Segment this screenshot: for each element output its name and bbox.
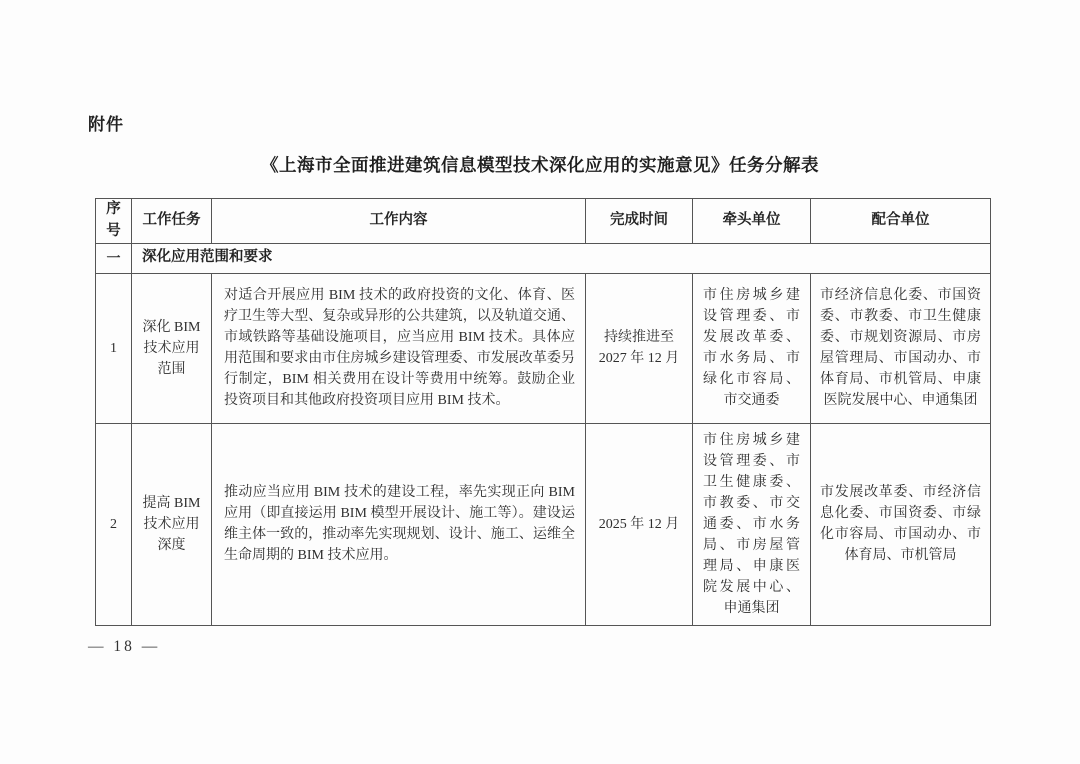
attachment-label: 附件 xyxy=(88,110,124,135)
row-content: 推动应当应用 BIM 技术的建设工程，率先实现正向 BIM 应用（即直接运用 B… xyxy=(212,423,586,625)
header-index: 序号 xyxy=(96,199,132,244)
task-breakdown-table: 序号 工作任务 工作内容 完成时间 牵头单位 配合单位 一 深化应用范围和要求 … xyxy=(95,198,991,626)
row-support-unit: 市发展改革委、市经济信息化委、市国资委、市绿化市容局、市国动办、市体育局、市机管… xyxy=(811,423,991,625)
header-task: 工作任务 xyxy=(132,199,212,244)
row-content: 对适合开展应用 BIM 技术的政府投资的文化、体育、医疗卫生等大型、复杂或异形的… xyxy=(212,273,586,423)
document-title: 《上海市全面推进建筑信息模型技术深化应用的实施意见》任务分解表 xyxy=(0,152,1080,177)
row-index: 2 xyxy=(96,423,132,625)
section-row: 一 深化应用范围和要求 xyxy=(96,243,991,273)
table-row: 1 深化 BIM 技术应用范围 对适合开展应用 BIM 技术的政府投资的文化、体… xyxy=(96,273,991,423)
row-index: 1 xyxy=(96,273,132,423)
section-title: 深化应用范围和要求 xyxy=(132,243,991,273)
row-deadline: 持续推进至 2027 年 12 月 xyxy=(586,273,693,423)
row-lead-unit: 市住房城乡建设管理委、市发展改革委、市水务局、市绿化市容局、市交通委 xyxy=(693,273,811,423)
row-task: 提高 BIM 技术应用深度 xyxy=(132,423,212,625)
row-support-unit: 市经济信息化委、市国资委、市教委、市卫生健康委、市规划资源局、市房屋管理局、市国… xyxy=(811,273,991,423)
document-page: 附件 《上海市全面推进建筑信息模型技术深化应用的实施意见》任务分解表 序号 工作… xyxy=(0,0,1080,764)
header-deadline: 完成时间 xyxy=(586,199,693,244)
row-deadline: 2025 年 12 月 xyxy=(586,423,693,625)
page-number: — 18 — xyxy=(88,638,160,656)
table-row: 2 提高 BIM 技术应用深度 推动应当应用 BIM 技术的建设工程，率先实现正… xyxy=(96,423,991,625)
table-header-row: 序号 工作任务 工作内容 完成时间 牵头单位 配合单位 xyxy=(96,199,991,244)
header-content: 工作内容 xyxy=(212,199,586,244)
header-lead: 牵头单位 xyxy=(693,199,811,244)
header-support: 配合单位 xyxy=(811,199,991,244)
row-task: 深化 BIM 技术应用范围 xyxy=(132,273,212,423)
row-lead-unit: 市住房城乡建设管理委、市卫生健康委、市教委、市交通委、市水务局、市房屋管理局、申… xyxy=(693,423,811,625)
section-index: 一 xyxy=(96,243,132,273)
